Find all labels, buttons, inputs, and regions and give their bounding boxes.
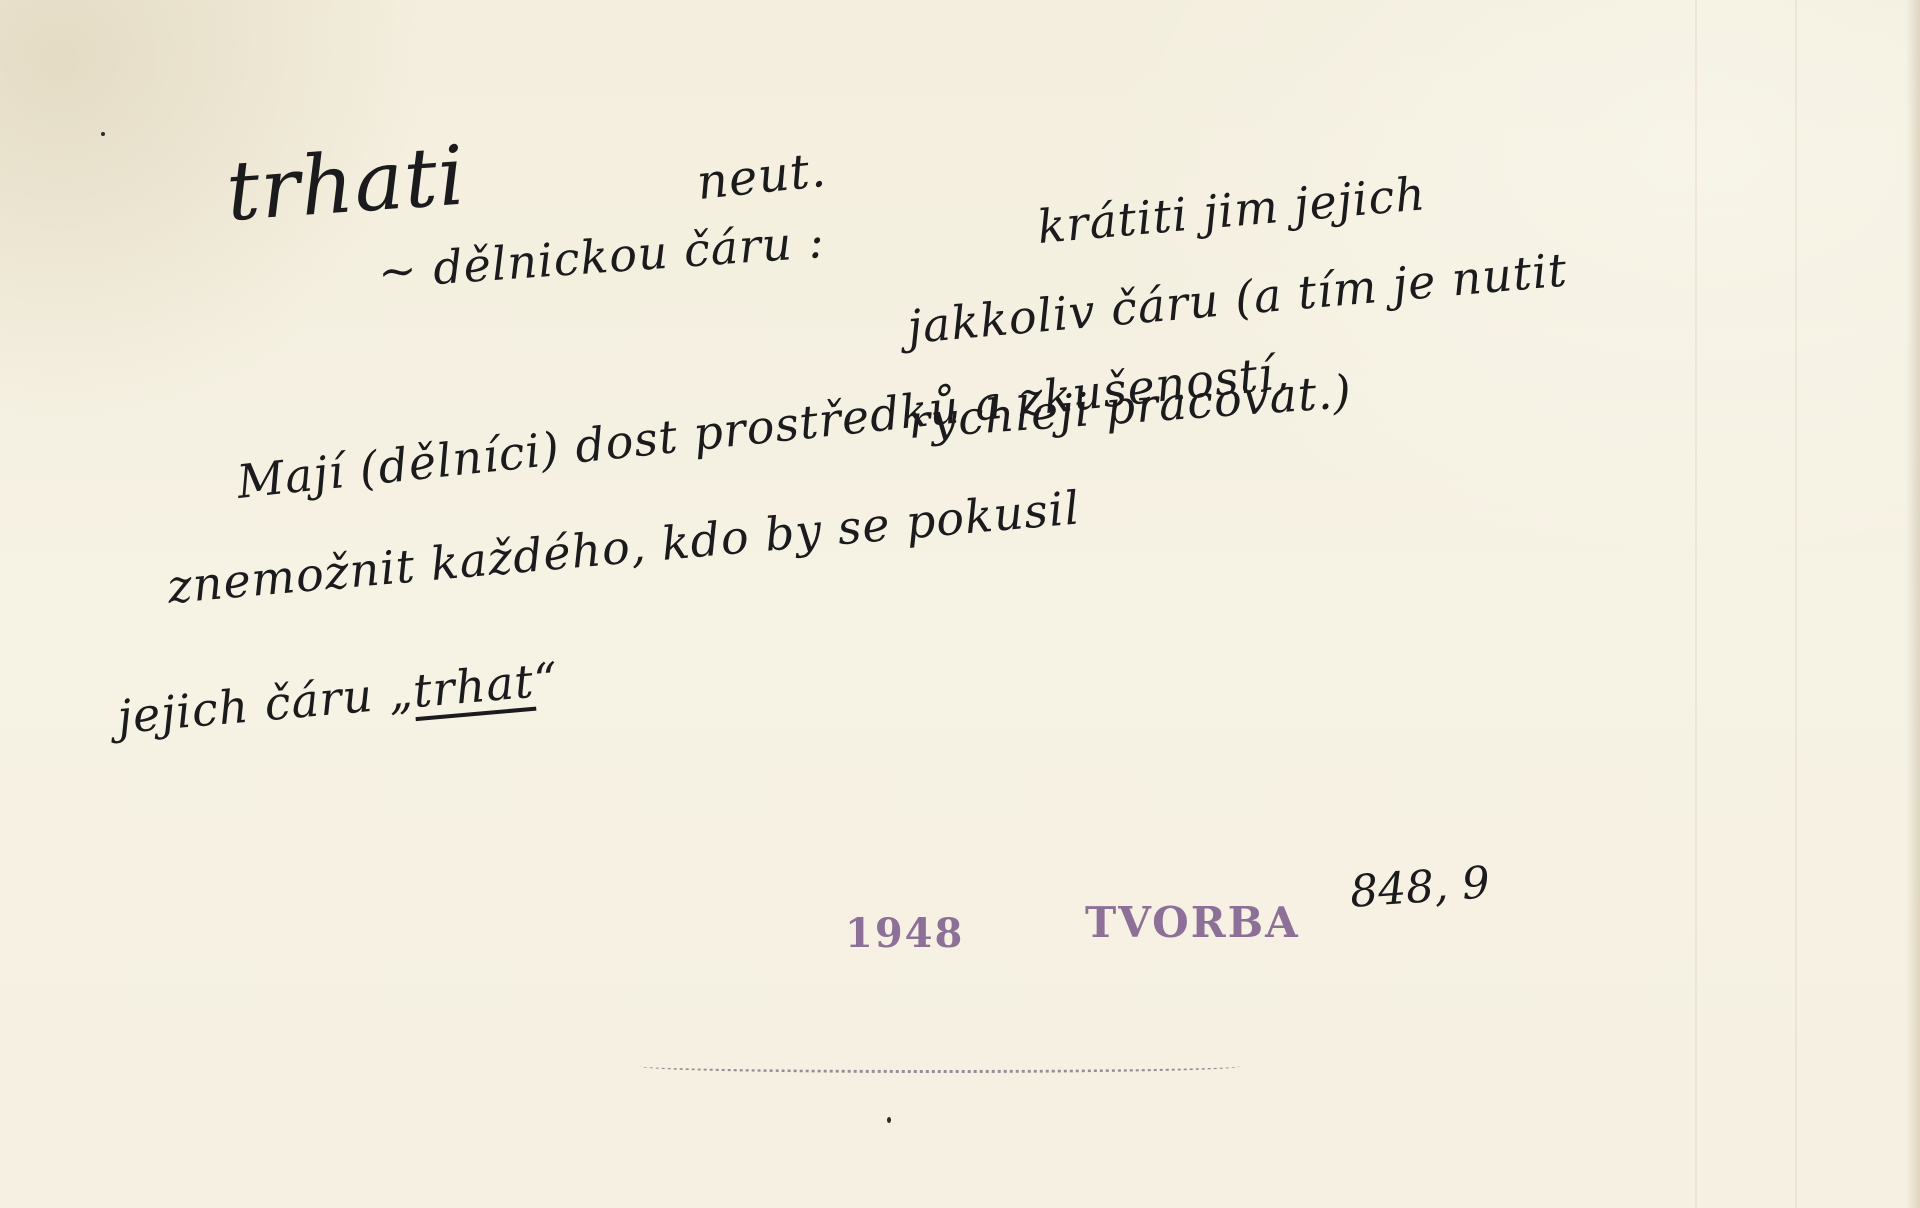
note-line-2: jakkoliv čáru (a tím je nutit	[905, 243, 1569, 354]
paper-edge-shadow	[1906, 0, 1920, 1208]
scanned-document-page: trhati neut. ~ dělnickou čáru : krátiti …	[0, 0, 1920, 1208]
ink-speck	[101, 132, 105, 136]
paper-fold-line	[1795, 0, 1797, 1208]
note-line-6-prefix: jejich čáru „	[115, 664, 415, 744]
ink-speck	[887, 1117, 891, 1123]
paper-fold-line	[1695, 0, 1697, 1208]
note-line-6-suffix: “	[531, 652, 560, 708]
note-line-1-continuation: krátiti jim jejich	[1035, 166, 1428, 254]
note-line-1: ~ dělnickou čáru :	[376, 214, 826, 299]
stamp-year: 1948	[845, 910, 964, 957]
heading-qualifier: neut.	[694, 142, 829, 211]
reference-number: 848, 9	[1348, 857, 1491, 918]
underlined-term: trhat	[411, 654, 536, 718]
note-line-6: jejich čáru „trhat“	[115, 652, 560, 744]
faint-stamp-trace	[640, 1060, 1240, 1073]
stamp-publication: TVORBA	[1085, 898, 1300, 947]
heading-word: trhati	[223, 129, 468, 240]
